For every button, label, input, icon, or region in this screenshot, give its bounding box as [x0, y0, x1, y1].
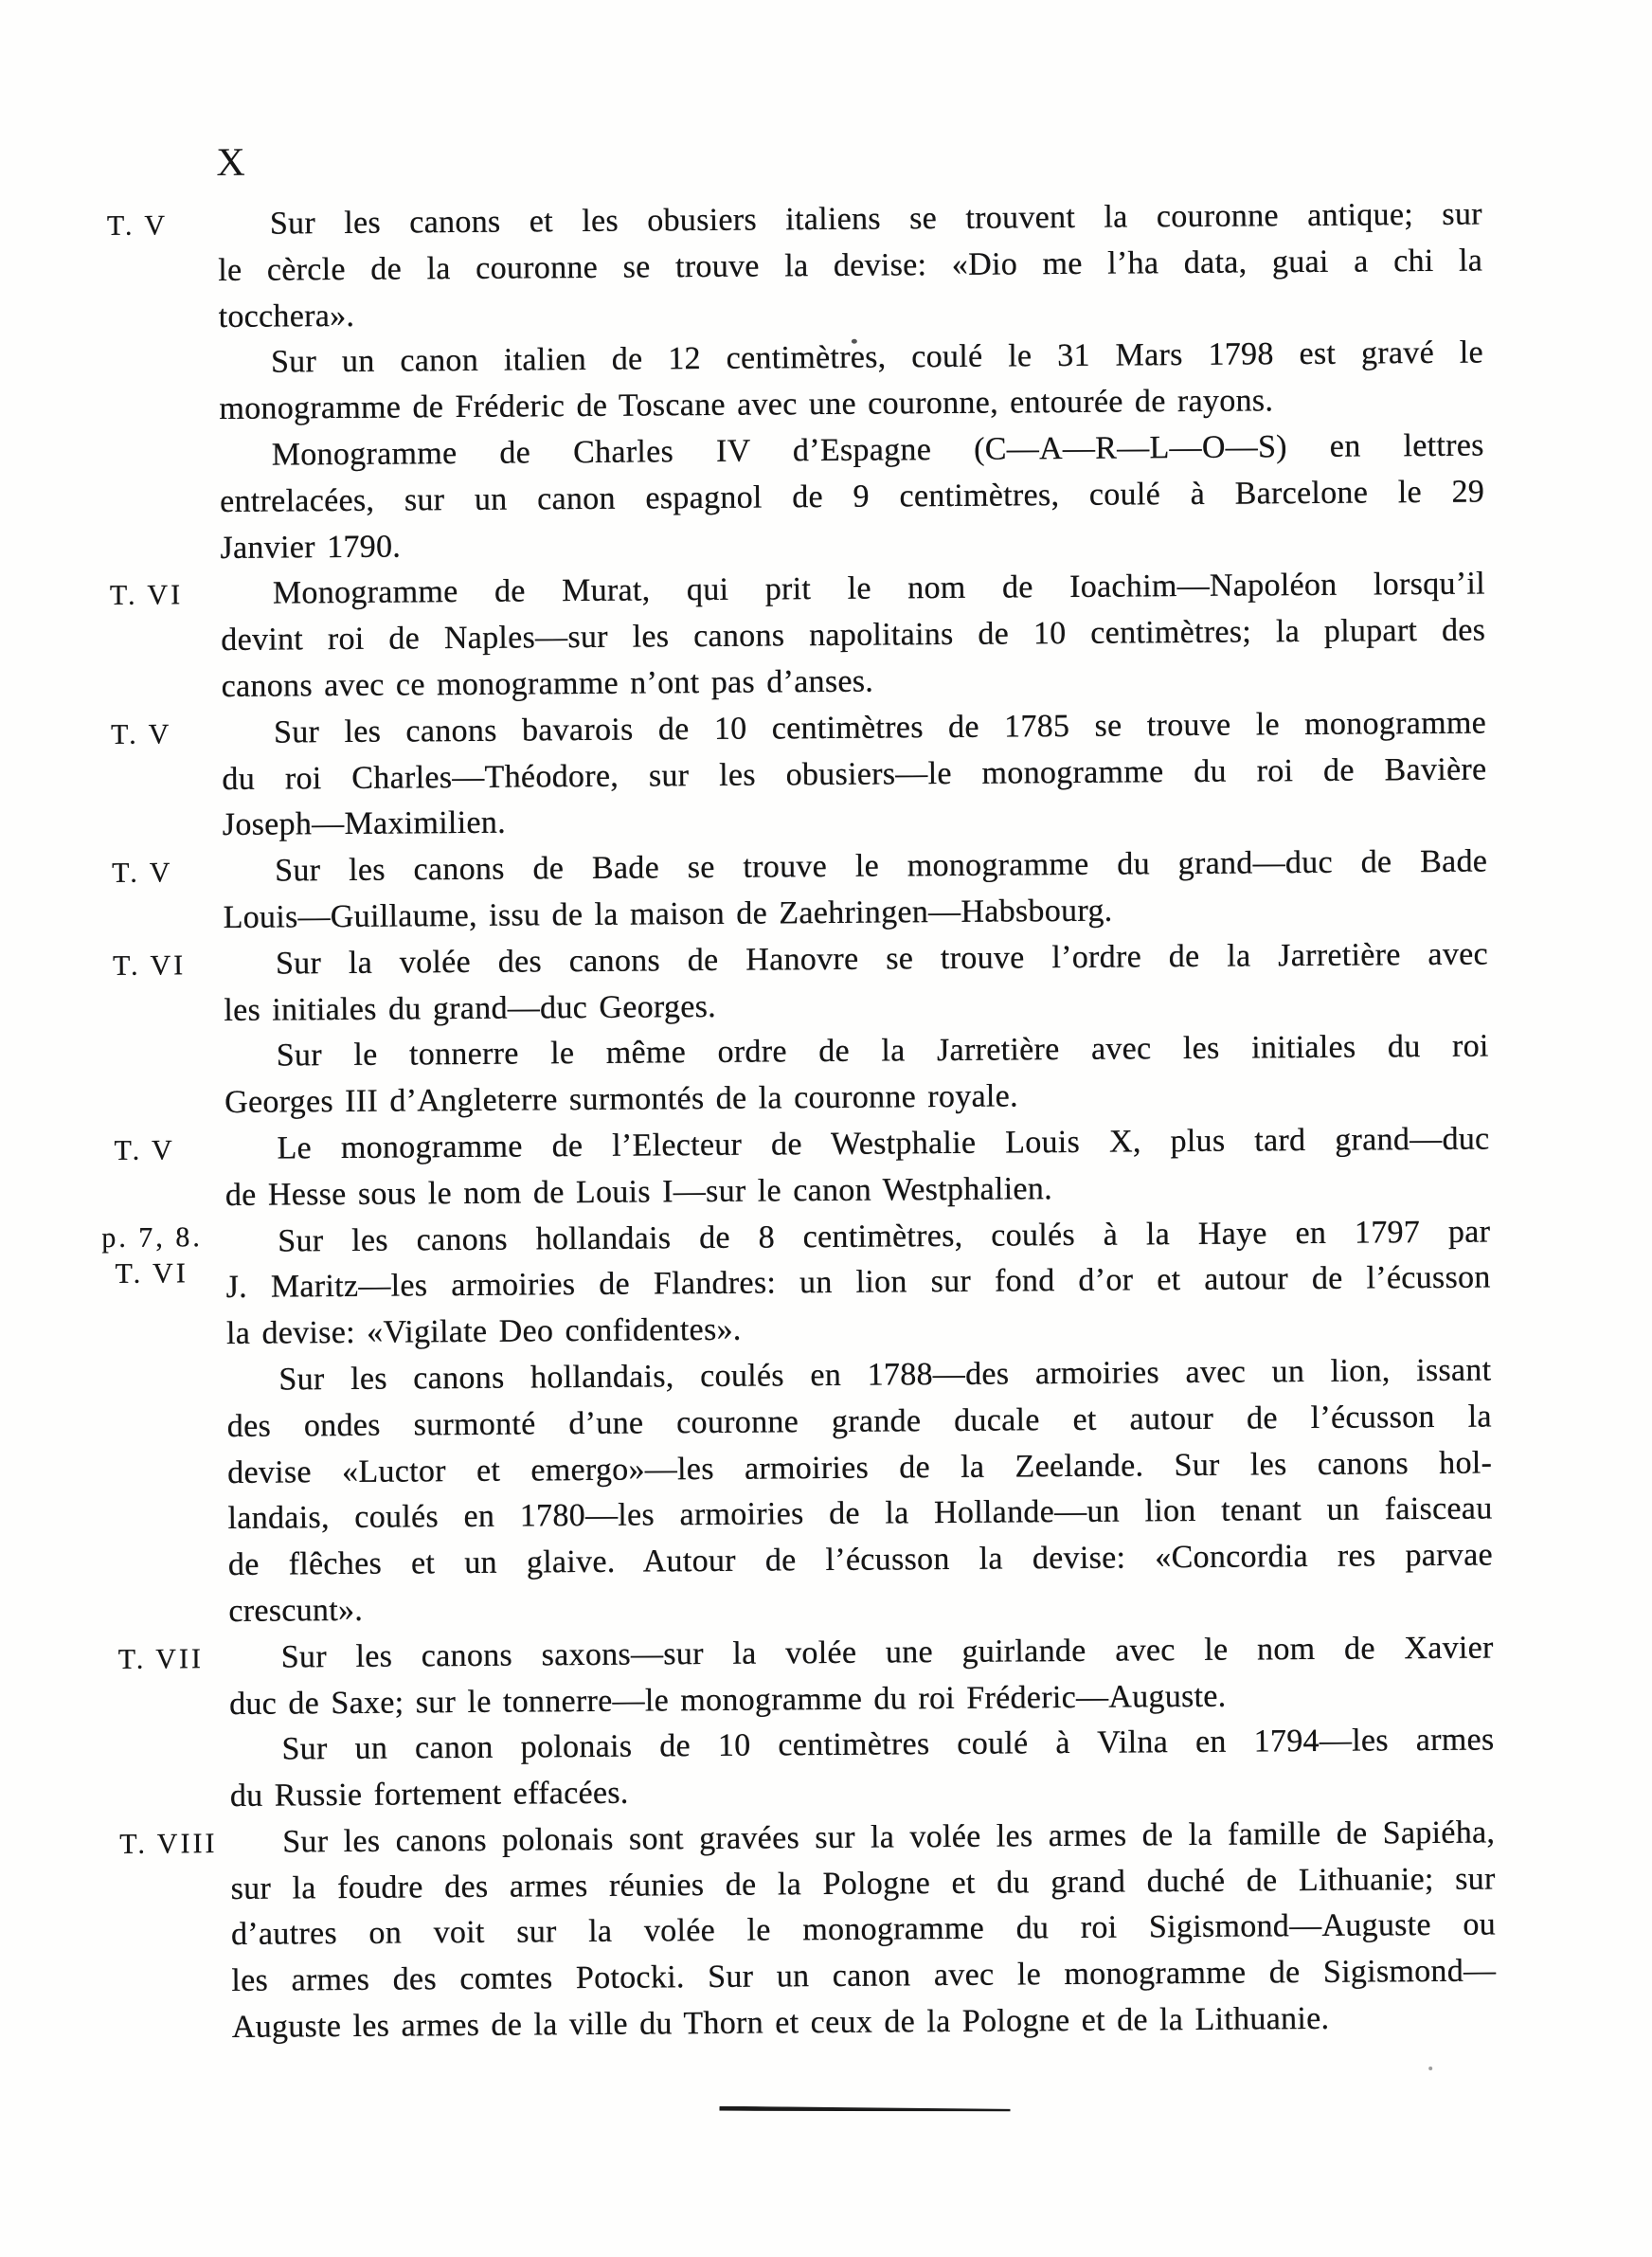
margin-label: T. V	[114, 1134, 174, 1167]
ink-speck	[852, 339, 857, 344]
margin-label: T. V	[112, 858, 172, 891]
book-page: X Sur les canons et les obusiers italien…	[0, 0, 1652, 2257]
margin-labels-layer: T. VT. VIT. VT. VT. VIT. Vp. 7, 8.T. VIT…	[0, 0, 1643, 7]
scanned-content: X Sur les canons et les obusiers italien…	[0, 0, 1652, 2257]
margin-label: p. 7, 8.	[101, 1221, 203, 1255]
margin-label: T. VI	[110, 580, 183, 613]
ink-speck	[1428, 2067, 1432, 2070]
separator-rule	[719, 2106, 1010, 2113]
text-column: Sur les canons et les obusiers italiens …	[218, 192, 1497, 2051]
margin-label: T. VI	[113, 949, 186, 983]
margin-label: T. V	[111, 718, 171, 751]
margin-label: T. VII	[118, 1643, 204, 1676]
page-number: X	[216, 143, 246, 183]
margin-label: T. V	[107, 209, 168, 243]
margin-label: T. VIII	[119, 1828, 217, 1861]
margin-label: T. VI	[115, 1257, 188, 1291]
text-line: Auguste les armes de la ville du Thorn e…	[232, 1995, 1497, 2051]
